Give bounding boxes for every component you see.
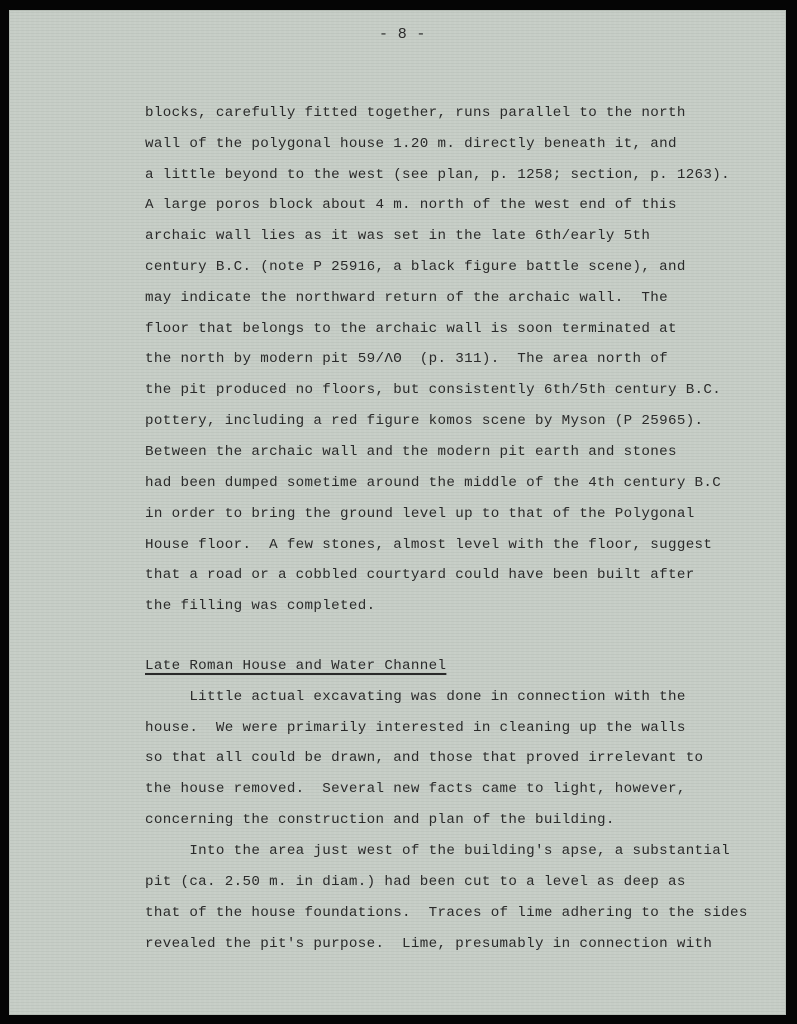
text-line: floor that belongs to the archaic wall i… — [145, 320, 677, 338]
text-line: Little actual excavating was done in con… — [145, 688, 686, 706]
text-line: had been dumped sometime around the midd… — [145, 474, 721, 492]
section-heading: Late Roman House and Water Channel — [145, 657, 446, 675]
text-line: the filling was completed. — [145, 597, 375, 615]
text-line: blocks, carefully fitted together, runs … — [145, 104, 686, 122]
text-line: House floor. A few stones, almost level … — [145, 536, 712, 554]
text-line: so that all could be drawn, and those th… — [145, 749, 703, 767]
text-line: century B.C. (note P 25916, a black figu… — [145, 258, 686, 276]
text-line: Into the area just west of the building'… — [145, 842, 730, 860]
text-line: concerning the construction and plan of … — [145, 811, 615, 829]
text-line: the pit produced no floors, but consiste… — [145, 381, 721, 399]
text-line: A large poros block about 4 m. north of … — [145, 196, 677, 214]
text-line: the house removed. Several new facts cam… — [145, 780, 686, 798]
text-line: wall of the polygonal house 1.20 m. dire… — [145, 135, 677, 153]
text-line: that of the house foundations. Traces of… — [145, 904, 748, 922]
text-line: pottery, including a red figure komos sc… — [145, 412, 703, 430]
text-line: that a road or a cobbled courtyard could… — [145, 566, 695, 584]
text-line: may indicate the northward return of the… — [145, 289, 668, 307]
page-number: - 8 - — [379, 26, 426, 44]
text-line: in order to bring the ground level up to… — [145, 505, 695, 523]
text-line: Between the archaic wall and the modern … — [145, 443, 677, 461]
text-line: house. We were primarily interested in c… — [145, 719, 686, 737]
text-line: revealed the pit's purpose. Lime, presum… — [145, 935, 712, 953]
text-line: pit (ca. 2.50 m. in diam.) had been cut … — [145, 873, 686, 891]
text-line: archaic wall lies as it was set in the l… — [145, 227, 650, 245]
text-line: the north by modern pit 59/ΛΘ (p. 311). … — [145, 350, 668, 368]
typewritten-page: - 8 - blocks, carefully fitted together,… — [9, 10, 786, 1015]
text-line: a little beyond to the west (see plan, p… — [145, 166, 730, 184]
